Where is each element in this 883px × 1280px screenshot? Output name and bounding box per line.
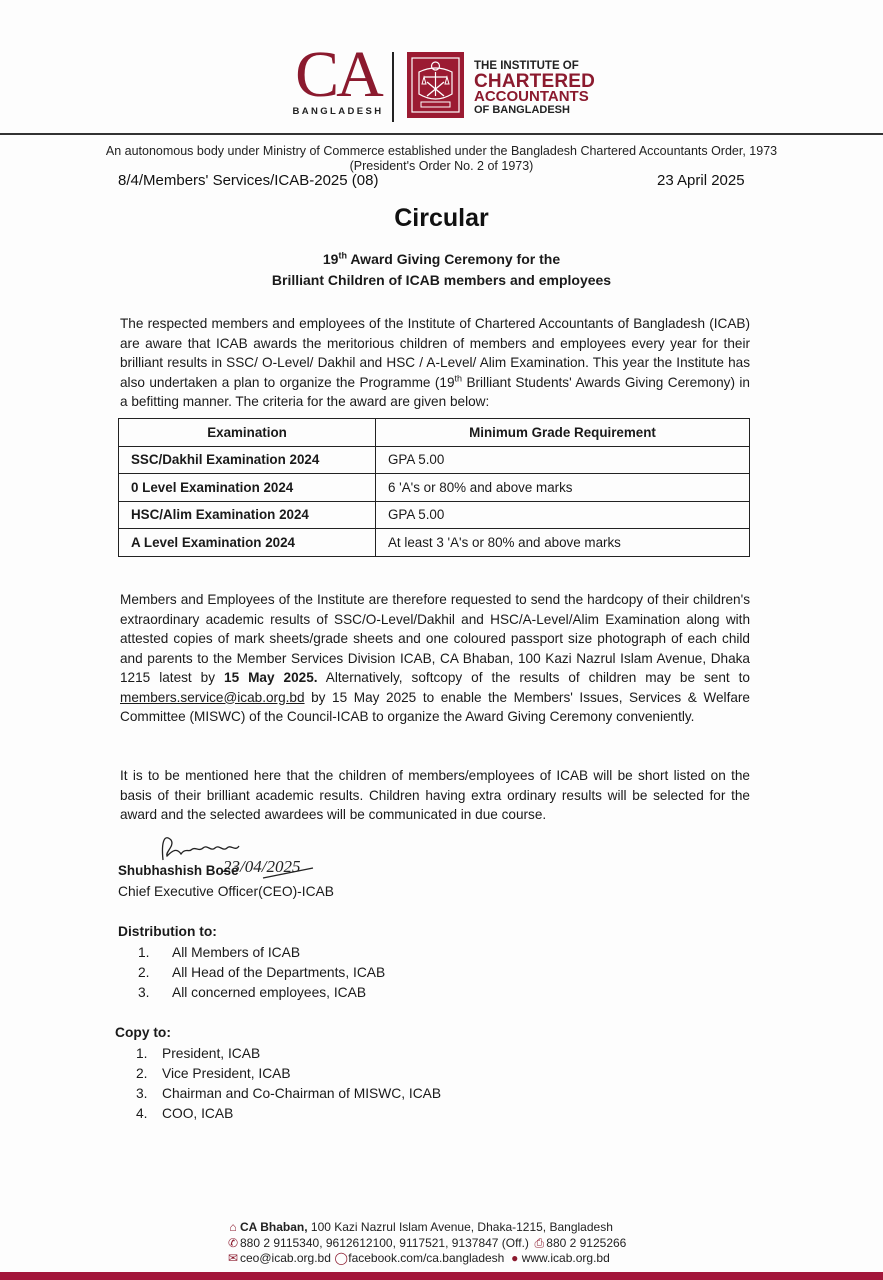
- footer-contact: ⌂CA Bhaban, 100 Kazi Nazrul Islam Avenue…: [226, 1220, 626, 1267]
- distribution-list: 1.All Members of ICAB 2.All Head of the …: [138, 943, 385, 1003]
- reference-number: 8/4/Members' Services/ICAB-2025 (08): [118, 172, 378, 189]
- exam-cell: 0 Level Examination 2024: [119, 474, 376, 502]
- footer-links: ✉ceo@icab.org.bd ◯facebook.com/ca.bangla…: [226, 1251, 626, 1267]
- item-text: Chairman and Co-Chairman of MISWC, ICAB: [162, 1086, 441, 1101]
- logo-divider: [392, 52, 394, 122]
- list-item: 1.President, ICAB: [136, 1044, 441, 1064]
- fax-number: 880 2 9125266: [546, 1236, 626, 1250]
- header-divider: [0, 133, 883, 135]
- globe-icon: ●: [508, 1251, 522, 1267]
- mail-icon: ✉: [226, 1251, 240, 1267]
- item-text: All Head of the Departments, ICAB: [172, 965, 385, 980]
- exam-cell: SSC/Dakhil Examination 2024: [119, 446, 376, 474]
- footer-email-link[interactable]: ceo@icab.org.bd: [240, 1251, 331, 1265]
- table-row: SSC/Dakhil Examination 2024 GPA 5.00: [119, 446, 750, 474]
- footer-band: [0, 1272, 883, 1280]
- submission-text-2: Alternatively, softcopy of the results o…: [318, 670, 750, 685]
- exam-cell: HSC/Alim Examination 2024: [119, 501, 376, 529]
- requirement-cell: At least 3 'A's or 80% and above marks: [376, 529, 750, 557]
- item-number: 2.: [136, 1064, 162, 1084]
- copy-to-list: 1.President, ICAB 2.Vice President, ICAB…: [136, 1044, 441, 1124]
- item-number: 4.: [136, 1104, 162, 1124]
- facebook-link[interactable]: facebook.com/ca.bangladesh: [348, 1251, 504, 1265]
- item-number: 3.: [138, 983, 172, 1003]
- submission-paragraph: Members and Employees of the Institute a…: [120, 590, 750, 727]
- subtitle-line-1-text: Award Giving Ceremony for the: [347, 251, 560, 267]
- intro-sup: th: [455, 373, 463, 383]
- list-item: 2.Vice President, ICAB: [136, 1064, 441, 1084]
- intro-paragraph: The respected members and employees of t…: [120, 314, 750, 412]
- email-link[interactable]: members.service@icab.org.bd: [120, 690, 305, 705]
- copy-to-heading: Copy to:: [115, 1025, 171, 1040]
- exam-cell: A Level Examination 2024: [119, 529, 376, 557]
- tagline-line-1: An autonomous body under Ministry of Com…: [0, 144, 883, 159]
- item-text: All Members of ICAB: [172, 945, 300, 960]
- item-number: 2.: [138, 963, 172, 983]
- footer-phones: ✆880 2 9115340, 9612612100, 9117521, 913…: [226, 1236, 626, 1252]
- list-item: 4.COO, ICAB: [136, 1104, 441, 1124]
- circular-date: 23 April 2025: [657, 172, 745, 189]
- subtitle-line-2: Brilliant Children of ICAB members and e…: [0, 270, 883, 291]
- list-item: 3.Chairman and Co-Chairman of MISWC, ICA…: [136, 1084, 441, 1104]
- table-row: 0 Level Examination 2024 6 'A's or 80% a…: [119, 474, 750, 502]
- table-row: HSC/Alim Examination 2024 GPA 5.00: [119, 501, 750, 529]
- footer-address: ⌂CA Bhaban, 100 Kazi Nazrul Islam Avenue…: [226, 1220, 626, 1236]
- item-text: Vice President, ICAB: [162, 1066, 291, 1081]
- deadline: 15 May 2025.: [224, 670, 318, 685]
- institute-line-4: OF BANGLADESH: [474, 105, 595, 116]
- column-header: Examination: [119, 419, 376, 447]
- institute-crest-icon: [407, 52, 464, 118]
- institute-name: THE INSTITUTE OF CHARTERED ACCOUNTANTS O…: [474, 61, 595, 116]
- page-title: Circular: [0, 204, 883, 233]
- phone-numbers: 880 2 9115340, 9612612100, 9117521, 9137…: [240, 1236, 529, 1250]
- address-bold: CA Bhaban,: [240, 1220, 308, 1234]
- table-row: A Level Examination 2024 At least 3 'A's…: [119, 529, 750, 557]
- distribution-heading: Distribution to:: [118, 924, 217, 939]
- fax-icon: ⎙: [532, 1236, 546, 1252]
- home-icon: ⌂: [226, 1220, 240, 1236]
- list-item: 1.All Members of ICAB: [138, 943, 385, 963]
- subtitle-line-1: 19th Award Giving Ceremony for the: [0, 249, 883, 270]
- criteria-table: Examination Minimum Grade Requirement SS…: [118, 418, 750, 557]
- item-number: 1.: [138, 943, 172, 963]
- ca-logo-country: BANGLADESH: [288, 106, 388, 117]
- table-header-row: Examination Minimum Grade Requirement: [119, 419, 750, 447]
- item-text: COO, ICAB: [162, 1106, 233, 1121]
- tagline: An autonomous body under Ministry of Com…: [0, 144, 883, 174]
- requirement-cell: 6 'A's or 80% and above marks: [376, 474, 750, 502]
- list-item: 2.All Head of the Departments, ICAB: [138, 963, 385, 983]
- facebook-icon: ◯: [334, 1251, 348, 1267]
- subtitle-ordinal-suffix: th: [338, 250, 347, 260]
- ca-logo: CA BANGLADESH: [288, 48, 388, 120]
- subtitle-ordinal: 19: [323, 251, 339, 267]
- phone-icon: ✆: [226, 1236, 240, 1252]
- subtitle: 19th Award Giving Ceremony for the Brill…: [0, 249, 883, 291]
- selection-paragraph: It is to be mentioned here that the chil…: [120, 766, 750, 825]
- item-number: 3.: [136, 1084, 162, 1104]
- signatory-title: Chief Executive Officer(CEO)-ICAB: [118, 884, 334, 899]
- list-item: 3.All concerned employees, ICAB: [138, 983, 385, 1003]
- item-number: 1.: [136, 1044, 162, 1064]
- requirement-cell: GPA 5.00: [376, 446, 750, 474]
- requirement-cell: GPA 5.00: [376, 501, 750, 529]
- address-rest: 100 Kazi Nazrul Islam Avenue, Dhaka-1215…: [308, 1220, 613, 1234]
- signatory-name: Shubhashish Bose: [118, 863, 239, 878]
- institute-line-2: CHARTERED: [474, 73, 595, 90]
- website-link[interactable]: www.icab.org.bd: [522, 1251, 610, 1265]
- item-text: President, ICAB: [162, 1046, 260, 1061]
- institute-line-3: ACCOUNTANTS: [474, 90, 595, 104]
- ca-logo-letters: CA: [288, 42, 388, 108]
- item-text: All concerned employees, ICAB: [172, 985, 366, 1000]
- column-header: Minimum Grade Requirement: [376, 419, 750, 447]
